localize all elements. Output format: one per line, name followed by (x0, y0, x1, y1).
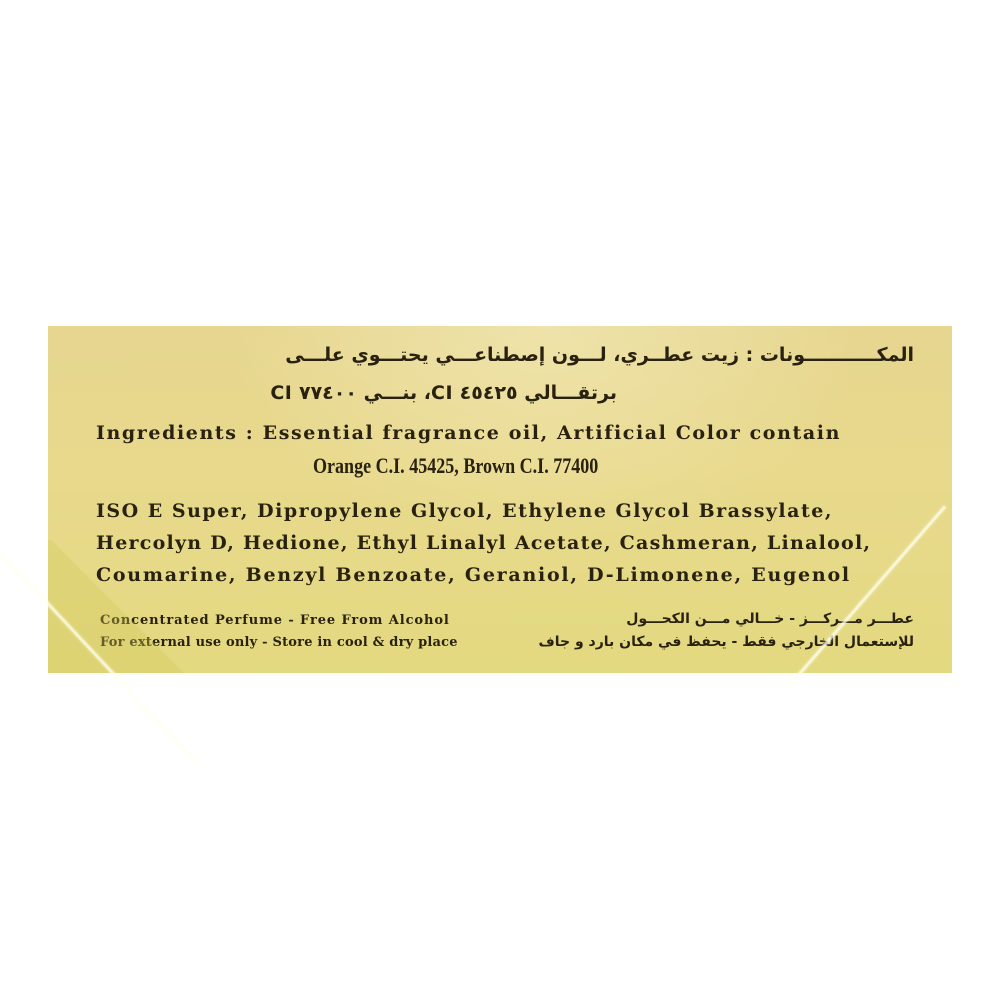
component-line-2: Hercolyn D, Hedione, Ethyl Linalyl Aceta… (96, 532, 871, 554)
english-ingredients-line-1: Ingredients : Essential fragrance oil, A… (96, 422, 841, 444)
arabic-ingredients-line-1: المكـــــــــــونات : زيت عطــري، لـــون… (285, 344, 914, 366)
reflection-shade (48, 540, 188, 673)
footer-arabic-line-2: للإستعمال الخارجي فقط - يحفظ في مكان بار… (538, 634, 914, 650)
component-line-3: Coumarine, Benzyl Benzoate, Geraniol, D-… (96, 564, 851, 586)
english-ingredients-line-2: Orange C.I. 45425, Brown C.I. 77400 (313, 453, 598, 479)
arabic-ingredients-line-2: برتقـــالي ٤٥٤٢٥ CI، بنـــي ٧٧٤٠٠ CI (270, 382, 617, 404)
component-line-1: ISO E Super, Dipropylene Glycol, Ethylen… (96, 500, 833, 522)
footer-arabic-line-1: عطـــر مـــركـــز - خـــالي مـــن الكحــ… (626, 611, 914, 627)
